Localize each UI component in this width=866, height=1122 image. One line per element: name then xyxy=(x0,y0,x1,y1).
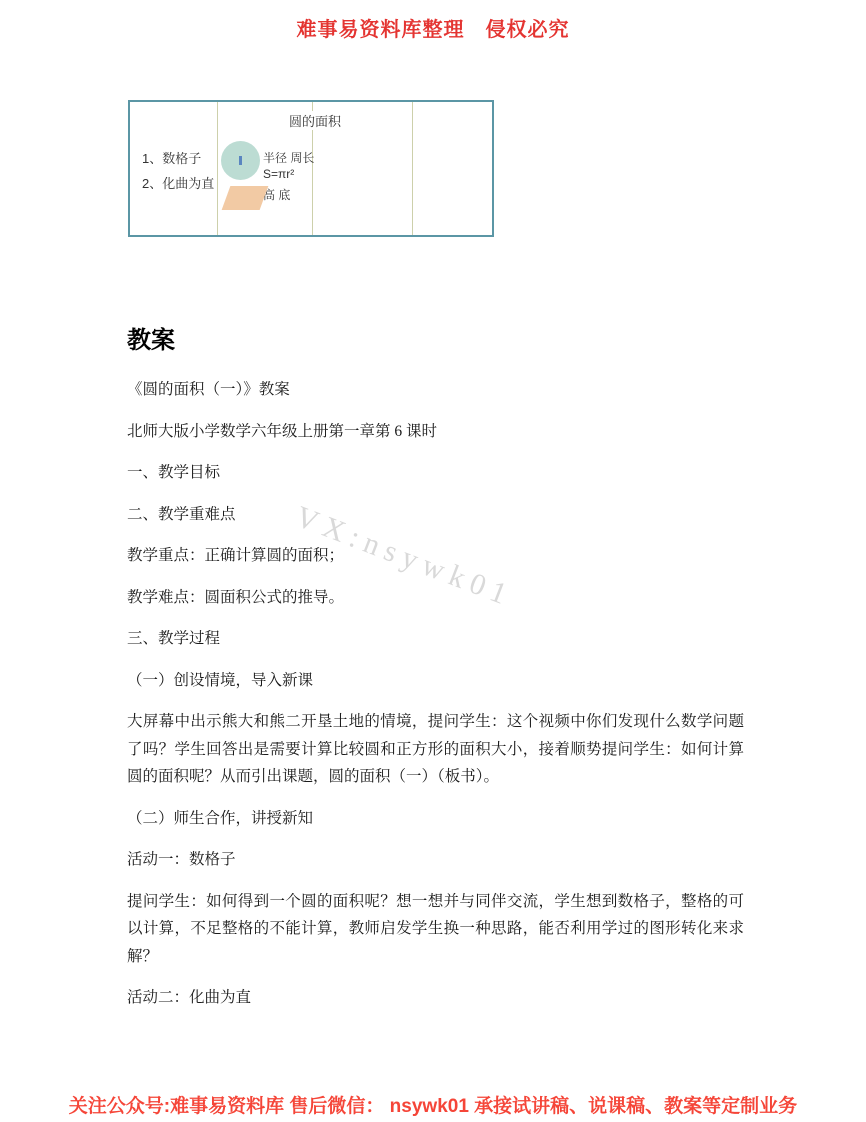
paragraph: 活动一：数格子 xyxy=(127,846,744,874)
paragraph: （二）师生合作，讲授新知 xyxy=(127,805,744,833)
paragraph: 三、教学过程 xyxy=(127,625,744,653)
paragraph: 一、教学目标 xyxy=(127,459,744,487)
paragraph: 活动二：化曲为直 xyxy=(127,984,744,1012)
page-title: 教案 xyxy=(127,325,744,357)
document-page: { "page": { "header_notice": "难事易资料库整理 侵… xyxy=(0,0,866,1122)
paragraph: 北师大版小学数学六年级上册第一章第 6 课时 xyxy=(127,418,744,446)
board-title: 圆的面积 xyxy=(286,111,344,130)
paragraph: 教学难点：圆面积公式的推导。 xyxy=(127,584,744,612)
header-notice: 难事易资料库整理 侵权必究 xyxy=(0,13,866,42)
parallelogram-diagram xyxy=(222,186,269,210)
board-column-divider xyxy=(412,102,413,235)
paragraph: 教学重点：正确计算圆的面积； xyxy=(127,542,744,570)
paragraph: 提问学生：如何得到一个圆的面积呢？想一想并与同伴交流，学生想到数格子，整格的可以… xyxy=(127,888,744,971)
board-column-divider xyxy=(217,102,218,235)
circle-diagram xyxy=(221,141,260,180)
circle-label-radius-circumference: 半径 周长 xyxy=(263,149,314,166)
lesson-board-figure: 圆的面积 1、数格子 2、化曲为直 半径 周长 S=πr² 高 底 xyxy=(128,100,494,237)
board-method-item: 1、数格子 xyxy=(142,146,214,171)
radius-mark xyxy=(239,156,242,165)
lesson-plan-body: 教案 《圆的面积（一）》教案 北师大版小学数学六年级上册第一章第 6 课时 一、… xyxy=(127,325,744,1026)
paragraph: 二、教学重难点 xyxy=(127,501,744,529)
paragraph: 大屏幕中出示熊大和熊二开垦土地的情境，提问学生：这个视频中你们发现什么数学问题了… xyxy=(127,708,744,791)
board-method-item: 2、化曲为直 xyxy=(142,171,214,196)
paragraph: 《圆的面积（一）》教案 xyxy=(127,376,744,404)
board-method-list: 1、数格子 2、化曲为直 xyxy=(142,146,214,196)
footer-notice: 关注公众号:难事易资料库 售后微信： nsywk01 承接试讲稿、说课稿、教案等… xyxy=(0,1091,866,1118)
paragraph: （一）创设情境，导入新课 xyxy=(127,667,744,695)
circle-area-formula: S=πr² xyxy=(263,167,294,181)
